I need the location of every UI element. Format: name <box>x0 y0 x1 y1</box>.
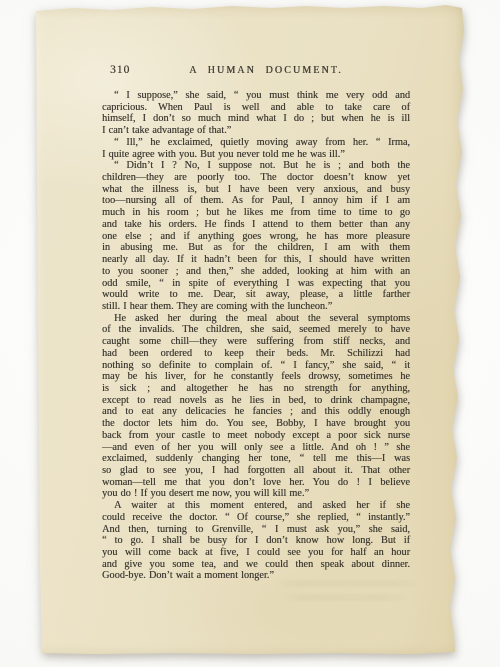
text-line: much in his room ; but he likes me from … <box>102 207 410 219</box>
text-line: children—they are poorly too. The doctor… <box>102 172 410 184</box>
text-line: nearly all day. If it hadn’t been for th… <box>102 254 410 266</box>
page-header: 310 A HUMAN DOCUMENT. <box>102 64 410 78</box>
paragraph: “ Ill,” he exclaimed, quietly moving awa… <box>102 137 410 160</box>
text-line: “ Ill,” he exclaimed, quietly moving awa… <box>102 137 410 149</box>
text-line: I can’t take advantage of that.” <box>102 125 410 137</box>
text-line: could receive the doctor. “ Of course,” … <box>102 512 410 524</box>
text-line: what the illness is, but I have been ver… <box>102 184 410 196</box>
text-line: so glad to see you, I had forgotten all … <box>102 465 410 477</box>
text-line: in abusing me. But as for the children, … <box>102 242 410 254</box>
text-line: too—nursing all of them. As for Paul, I … <box>102 195 410 207</box>
text-line: would write to me. Dear, sit away, pleas… <box>102 289 410 301</box>
text-line: one else ; and if anything goes wrong, h… <box>102 231 410 243</box>
text-line: still. I hear them. They are coming with… <box>102 301 410 313</box>
text-line: and take his orders. He finds I attend t… <box>102 219 410 231</box>
text-line: “ to go. I shall be busy for I don’t kno… <box>102 535 410 547</box>
text-line: and give you some tea, and we could then… <box>102 559 410 571</box>
paragraph: He asked her during the meal about the s… <box>102 313 410 501</box>
body-text: “ I suppose,” she said, “ you must think… <box>102 90 410 582</box>
text-line: the doctor lets him do. You see, Bobby, … <box>102 418 410 430</box>
text-line: A waiter at this moment entered, and ask… <box>102 500 410 512</box>
text-line: had been ordered to keep their beds. Mr.… <box>102 348 410 360</box>
text-line: exclaimed, suddenly changing her tone, “… <box>102 453 410 465</box>
scan-background: 310 A HUMAN DOCUMENT. “ I suppose,” she … <box>0 0 500 667</box>
text-line: caught some chill—they were suffering fr… <box>102 336 410 348</box>
paragraph: A waiter at this moment entered, and ask… <box>102 500 410 582</box>
text-line: to you sooner ; and then,” she added, lo… <box>102 266 410 278</box>
text-line: you do ! If you desert me now, you will … <box>102 488 410 500</box>
text-line: odd smile, “ in spite of everything I wa… <box>102 278 410 290</box>
text-line: woman—tell me that you don’t love her. Y… <box>102 477 410 489</box>
text-line: “ Didn’t I ? No, I suppose not. But he i… <box>102 160 410 172</box>
book-page: 310 A HUMAN DOCUMENT. “ I suppose,” she … <box>34 3 466 657</box>
text-line: He asked her during the meal about the s… <box>102 313 410 325</box>
text-line: nothing so definite to complain of. “ I … <box>102 360 410 372</box>
running-title: A HUMAN DOCUMENT. <box>102 65 430 76</box>
text-line: —and even of her you will only see a lit… <box>102 442 410 454</box>
paragraph: “ Didn’t I ? No, I suppose not. But he i… <box>102 160 410 312</box>
text-line: I quite agree with you. But you never to… <box>102 149 410 161</box>
text-line: you will come back at five, I could see … <box>102 547 410 559</box>
text-line: of the invalids. The children, she said,… <box>102 324 410 336</box>
text-line: “ I suppose,” she said, “ you must think… <box>102 90 410 102</box>
text-line: himself, I don’t so much mind what I do … <box>102 113 410 125</box>
showthrough-mark <box>272 580 422 587</box>
text-line: is sick ; and altogether he has no stren… <box>102 383 410 395</box>
text-line: And then, turning to Grenville, “ I must… <box>102 524 410 536</box>
text-line: may be his liver, for he constantly feel… <box>102 371 410 383</box>
text-line: except to read novels as he lies in bed,… <box>102 395 410 407</box>
text-line: and to eat any delicacies he fancies ; a… <box>102 406 410 418</box>
paragraph: “ I suppose,” she said, “ you must think… <box>102 90 410 137</box>
text-line: back from your castle to meet nobody exc… <box>102 430 410 442</box>
text-line: capricious. When Paul is well and able t… <box>102 102 410 114</box>
showthrough-mark <box>284 594 409 601</box>
